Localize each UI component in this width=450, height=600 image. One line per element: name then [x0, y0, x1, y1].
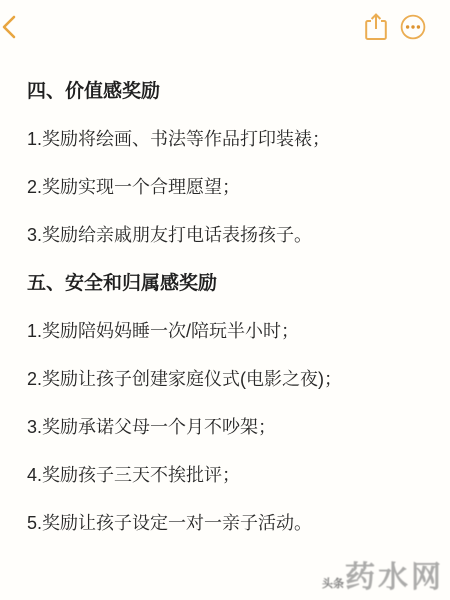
note-line: 1.奖励陪妈妈睡一次/陪玩半小时；: [27, 320, 424, 343]
section-heading: 五、安全和归属感奖励: [27, 272, 424, 295]
note-line: 5.奖励让孩子设定一对一亲子活动。: [27, 512, 424, 535]
note-line: 4.奖励孩子三天不挨批评；: [27, 464, 424, 487]
nav-actions: [364, 12, 426, 44]
note-line: 2.奖励实现一个合理愿望；: [27, 176, 424, 199]
note-line: 3.奖励承诺父母一个月不吵架；: [27, 416, 424, 439]
note-line: 2.奖励让孩子创建家庭仪式(电影之夜)；: [27, 368, 424, 391]
more-button[interactable]: [400, 14, 426, 43]
section-heading: 四、价值感奖励: [27, 80, 424, 103]
back-button[interactable]: [0, 15, 17, 42]
note-editor[interactable]: 四、价值感奖励 1.奖励将绘画、书法等作品打印装裱； 2.奖励实现一个合理愿望；…: [0, 56, 450, 600]
notes-screen: 四、价值感奖励 1.奖励将绘画、书法等作品打印装裱； 2.奖励实现一个合理愿望；…: [0, 0, 450, 600]
note-line: 1.奖励将绘画、书法等作品打印装裱；: [27, 128, 424, 151]
share-icon: [364, 12, 388, 44]
chevron-left-icon: [0, 15, 17, 42]
share-button[interactable]: [364, 12, 388, 44]
nav-bar: [0, 0, 450, 56]
note-line: 3.奖励给亲戚朋友打电话表扬孩子。: [27, 224, 424, 247]
ellipsis-circle-icon: [400, 14, 426, 43]
